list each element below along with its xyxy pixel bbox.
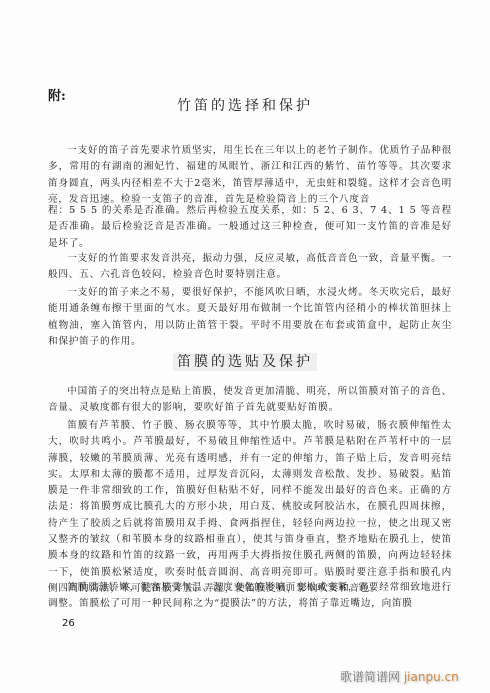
paragraph-5: 中国笛子的突出特点是贴上笛膜，使发音更加清脆、明亮，所以笛膜对笛子的音色、音量、… [48, 384, 452, 417]
paragraph-1: 一支好的笛子首先要求竹质坚实，用生长在三年以上的老竹子制作。优质竹子品种很多，常… [48, 143, 452, 208]
document-page: 附: 竹笛的选择和保护 一支好的笛子首先要求竹质坚实，用生长在三年以上的老竹子制… [0, 0, 490, 693]
section-title-flute-selection: 竹笛的选择和保护 [0, 95, 490, 115]
paragraph-4: 一支好的笛子来之不易，要很好保护，不能风吹日晒，水浸火烤。冬天吹完后，最好能用通… [48, 285, 452, 350]
paragraph-2: 程：5 5 5 的关系是否准确。然后再检验五度关系，如：5 2、6 3、7 4、… [48, 203, 452, 252]
watermark: 歌谱简谱网 jianpu.cn [340, 668, 459, 685]
paragraph-7: 笛膜质薄娇嫩，很容易受气温、湿度变化的影响而变松或变紧，需要经常细致地进行调整。… [48, 580, 452, 613]
section-title-membrane: 笛膜的选贴及保护 [0, 351, 490, 371]
section-title-membrane-text: 笛膜的选贴及保护 [173, 353, 317, 371]
paragraph-6: 笛膜有芦苇膜、竹子膜、肠衣膜等等，其中竹膜太脆，吹时易破，肠衣膜伸缩性太大，吹时… [48, 418, 452, 597]
watermark-url: jianpu.cn [404, 670, 459, 684]
page-number: 26 [62, 618, 75, 629]
watermark-site-name: 歌谱简谱网 [340, 670, 400, 684]
paragraph-3: 一支好的竹笛要求发音洪亮，振动力强，反应灵敏，高低音音色一致，音量平衡。一般四、… [48, 251, 452, 284]
